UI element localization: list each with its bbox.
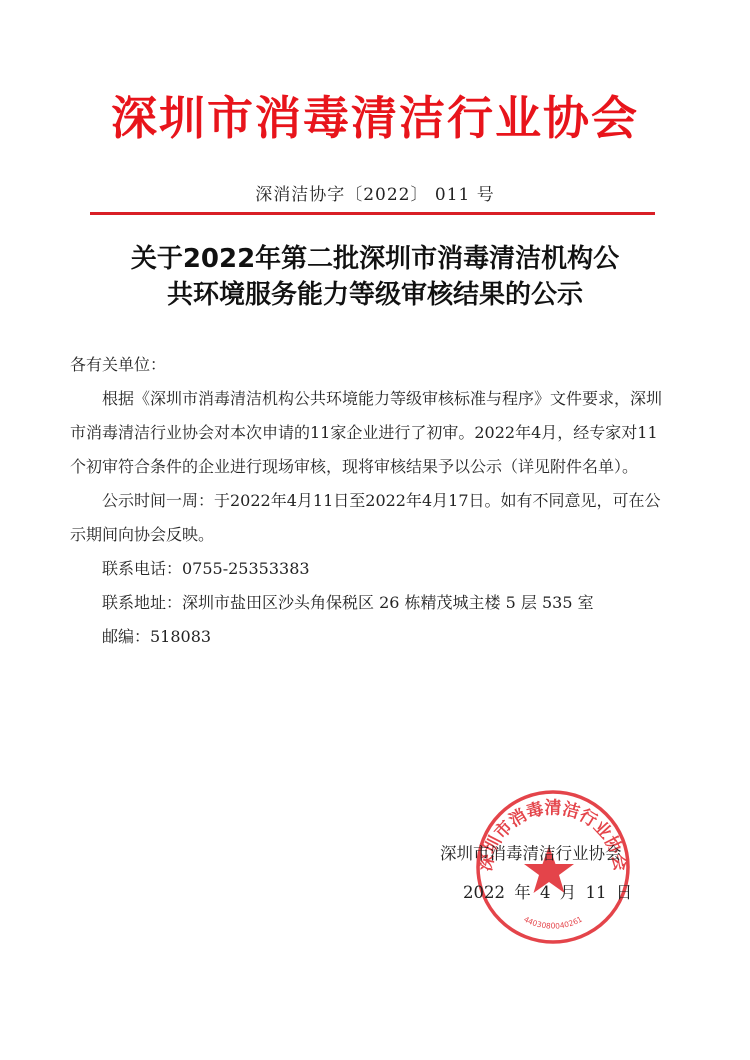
signature-organization: 深圳市消毒清洁行业协会 [440, 840, 622, 868]
red-divider [90, 212, 655, 215]
notice-body: 各有关单位： 根据《深圳市消毒清洁机构公共环境能力等级审核标准与程序》文件要求，… [70, 348, 670, 654]
contact-address: 联系地址：深圳市盐田区沙头角保税区 26 栋精茂城主楼 5 层 535 室 [70, 586, 670, 620]
seal-number: 4403080040261 [522, 915, 584, 931]
notice-title-line-2: 共环境服务能力等级审核结果的公示 [0, 277, 750, 313]
notice-title-line-1: 关于2022年第二批深圳市消毒清洁机构公 [0, 241, 750, 277]
organization-title: 深圳市消毒清洁行业协会 [0, 88, 750, 148]
paragraph-review: 根据《深圳市消毒清洁机构公共环境能力等级审核标准与程序》文件要求，深圳市消毒清洁… [70, 382, 670, 484]
document-number: 深消洁协字〔2022〕 011 号 [0, 183, 750, 207]
salutation: 各有关单位： [70, 348, 670, 382]
signature-date: 2022 年 4 月 11 日 [463, 879, 632, 907]
notice-title: 关于2022年第二批深圳市消毒清洁机构公 共环境服务能力等级审核结果的公示 [0, 241, 750, 313]
contact-phone: 联系电话：0755-25353383 [70, 552, 670, 586]
paragraph-period: 公示时间一周：于2022年4月11日至2022年4月17日。如有不同意见，可在公… [70, 484, 670, 552]
postcode: 邮编：518083 [70, 620, 670, 654]
